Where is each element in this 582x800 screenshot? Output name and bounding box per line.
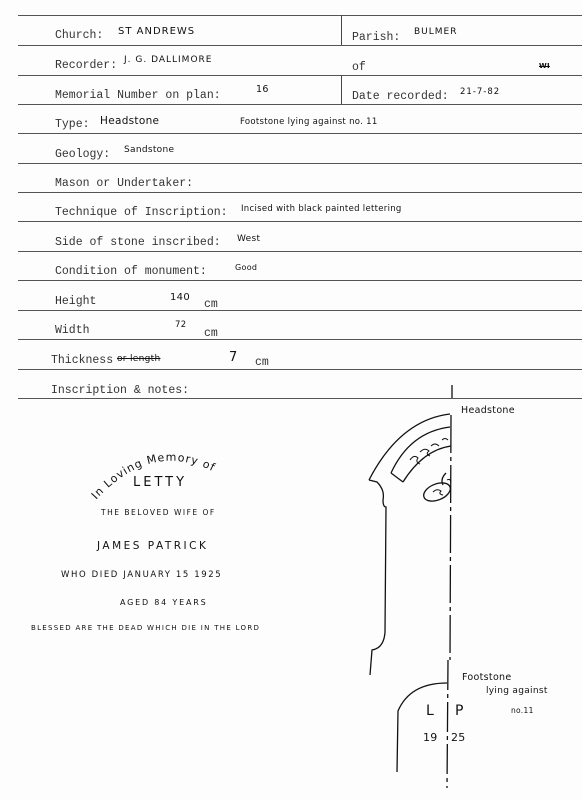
footstone-year-left: 19 [423, 731, 438, 744]
footstone-label-line-2: lying against [486, 686, 548, 696]
footstone-label-line-3: no.11 [511, 706, 534, 715]
footstone-initial-left: L [426, 703, 434, 719]
footstone-year-right: 25 [451, 731, 466, 744]
footstone-initial-right: P [455, 703, 464, 719]
headstone-label: Headstone [461, 405, 515, 416]
footstone-label-line-1: Footstone [462, 672, 512, 683]
